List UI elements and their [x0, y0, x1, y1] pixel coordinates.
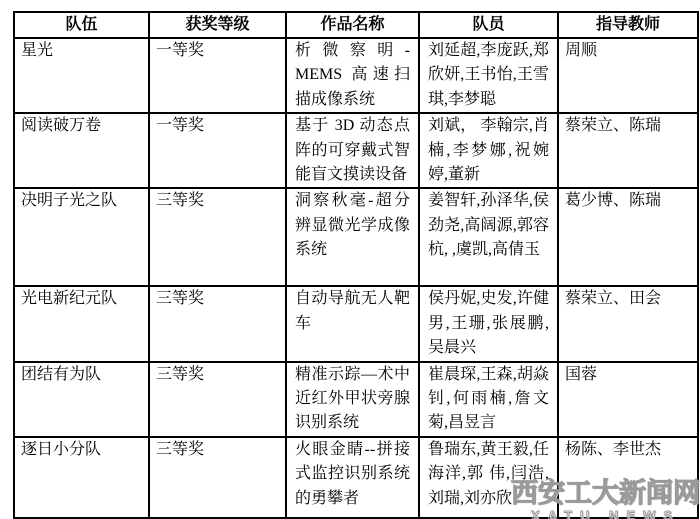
header-team: 队伍 [14, 12, 149, 38]
table-row: 决明子光之队 三等奖 洞察秋毫-超分辨显微光学成像系统 姜智轩,孙泽华,侯劲尧,… [14, 188, 698, 286]
team-cell: 光电新纪元队 [14, 286, 149, 361]
teachers-cell: 国蓉 [558, 362, 698, 437]
teachers-cell: 周顺 [558, 38, 698, 113]
work-cell: 火眼金睛--拼接式监控识别系统的勇攀者 [286, 437, 419, 518]
table-row: 阅读破万卷 一等奖 基于 3D 动态点阵的可穿戴式智能盲文摸读设备 刘斌， 李翰… [14, 113, 698, 188]
header-work: 作品名称 [286, 12, 419, 38]
work-cell: 自动导航无人靶车 [286, 286, 419, 361]
award-cell: 三等奖 [149, 286, 286, 361]
members-cell: 刘斌， 李翰宗,肖楠,李梦娜,祝婉婷,董新 [419, 113, 558, 188]
header-row: 队伍 获奖等级 作品名称 队员 指导教师 [14, 12, 698, 38]
table-row: 光电新纪元队 三等奖 自动导航无人靶车 侯丹妮,史发,许健男,王珊,张展鹏,吴晨… [14, 286, 698, 361]
award-table: 队伍 获奖等级 作品名称 队员 指导教师 星光 一等奖 析微察明-MEMS 高速… [13, 11, 699, 519]
team-cell: 决明子光之队 [14, 188, 149, 286]
table-row: 星光 一等奖 析微察明-MEMS 高速扫描成像系统 刘延超,李庞跃,郑欣妍,王书… [14, 38, 698, 113]
members-cell: 崔晨琛,王森,胡焱钊,何雨楠,詹文菊,昌昱言 [419, 362, 558, 437]
team-cell: 团结有为队 [14, 362, 149, 437]
members-cell: 刘延超,李庞跃,郑欣妍,王书怡,王雪琪,李梦聪 [419, 38, 558, 113]
teachers-cell: 杨陈、李世杰 [558, 437, 698, 518]
teachers-cell: 蔡荣立、陈瑞 [558, 113, 698, 188]
team-cell: 阅读破万卷 [14, 113, 149, 188]
header-award: 获奖等级 [149, 12, 286, 38]
team-cell: 星光 [14, 38, 149, 113]
award-cell: 三等奖 [149, 362, 286, 437]
header-members: 队员 [419, 12, 558, 38]
table-row: 逐日小分队 三等奖 火眼金睛--拼接式监控识别系统的勇攀者 鲁瑞东,黄王毅,任海… [14, 437, 698, 518]
work-cell: 基于 3D 动态点阵的可穿戴式智能盲文摸读设备 [286, 113, 419, 188]
members-cell: 姜智轩,孙泽华,侯劲尧,高阔源,郭容杭, ,虞凯,高倩玉 [419, 188, 558, 286]
award-cell: 三等奖 [149, 437, 286, 518]
members-cell: 鲁瑞东,黄王毅,任海洋,郭 伟,闫浩,刘瑞,刘亦欣 [419, 437, 558, 518]
work-cell: 析微察明-MEMS 高速扫描成像系统 [286, 38, 419, 113]
award-cell: 一等奖 [149, 38, 286, 113]
members-cell: 侯丹妮,史发,许健男,王珊,张展鹏,吴晨兴 [419, 286, 558, 361]
work-cell: 洞察秋毫-超分辨显微光学成像系统 [286, 188, 419, 286]
teachers-cell: 葛少博、陈瑞 [558, 188, 698, 286]
award-cell: 一等奖 [149, 113, 286, 188]
team-cell: 逐日小分队 [14, 437, 149, 518]
header-teachers: 指导教师 [558, 12, 698, 38]
work-cell: 精准示踪—术中近红外甲状旁腺识别系统 [286, 362, 419, 437]
table-row: 团结有为队 三等奖 精准示踪—术中近红外甲状旁腺识别系统 崔晨琛,王森,胡焱钊,… [14, 362, 698, 437]
award-cell: 三等奖 [149, 188, 286, 286]
teachers-cell: 蔡荣立、田会 [558, 286, 698, 361]
